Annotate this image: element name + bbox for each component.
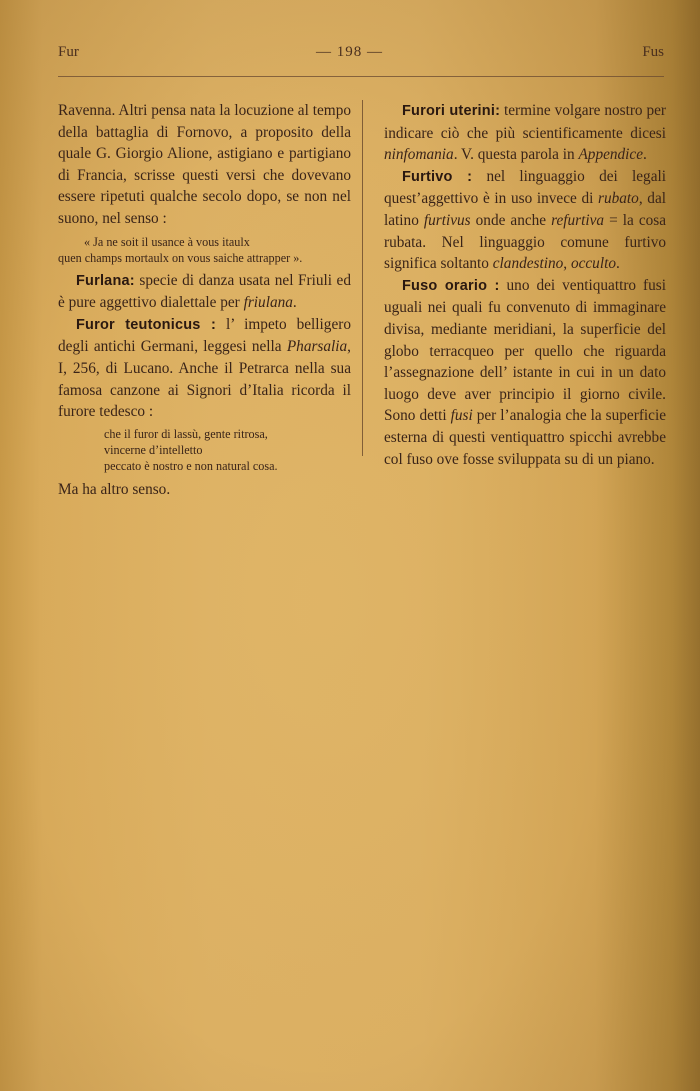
entry-italic: fusi xyxy=(451,407,473,424)
entry-fuso-orario: Fuso orario : uno dei ventiquattro fusi … xyxy=(384,275,666,470)
entry-italic: friulana xyxy=(244,294,293,311)
closing-line: Ma ha altro senso. xyxy=(58,479,351,501)
entry-text: . V. questa parola in xyxy=(454,146,579,163)
verse-line: peccato è nostro e non natural cosa. xyxy=(104,458,351,474)
left-column: Ravenna. Altri pensa nata la locuzione a… xyxy=(58,100,351,500)
petrarca-verse: che il furor di lassù, gente ritrosa, vi… xyxy=(58,426,351,474)
entry-text: . xyxy=(643,146,647,163)
column-divider xyxy=(362,100,363,456)
quote-line: quen champs mortaulx on vous saiche attr… xyxy=(58,250,351,266)
entry-furori-uterini: Furori uterini: termine volgare nostro p… xyxy=(384,100,666,166)
continuation-paragraph: Ravenna. Altri pensa nata la locuzione a… xyxy=(58,100,351,230)
entry-furtivo: Furtivo : nel linguaggio dei legali ques… xyxy=(384,166,666,275)
french-quote: « Ja ne soit il usance à vous itaulx que… xyxy=(58,234,351,266)
verse-line: che il furor di lassù, gente ritrosa, xyxy=(104,426,351,442)
headword: Furtivo : xyxy=(402,169,472,185)
entry-italic: furtivus xyxy=(424,212,471,229)
entry-italic: Pharsalia xyxy=(287,338,347,355)
headword: Furlana: xyxy=(76,273,135,289)
entry-italic: clandestino xyxy=(493,255,564,272)
entry-furlana: Furlana: specie di danza usata nel Friul… xyxy=(58,270,351,314)
entry-italic: occulto xyxy=(571,255,616,272)
quote-line: « Ja ne soit il usance à vous itaulx xyxy=(58,234,351,250)
left-guide-word: Fur xyxy=(58,44,79,61)
entry-italic: refurtiva xyxy=(551,212,604,229)
verse-line: vincerne d’intelletto xyxy=(104,442,351,458)
right-column: Furori uterini: termine volgare nostro p… xyxy=(384,100,666,470)
headword: Furori uterini: xyxy=(402,103,500,119)
entry-furor-teutonicus: Furor teutonicus : l’ impeto belligero d… xyxy=(58,314,351,423)
running-header: Fur — 198 — Fus xyxy=(58,44,666,68)
entry-text: onde anche xyxy=(471,212,551,229)
entry-tail: . xyxy=(293,294,297,311)
headword: Fuso orario : xyxy=(402,278,500,294)
page-number: — 198 — xyxy=(316,44,383,61)
entry-text: . xyxy=(616,255,620,272)
entry-text: , xyxy=(563,255,571,272)
entry-text: uno dei ventiquattro fusi uguali nei qua… xyxy=(384,277,666,425)
entry-italic: Appendice xyxy=(578,146,643,163)
entry-italic: rubato xyxy=(598,190,639,207)
headword: Furor teutonicus : xyxy=(76,317,216,333)
header-rule xyxy=(58,76,664,77)
right-guide-word: Fus xyxy=(642,44,664,61)
entry-italic: ninfomania xyxy=(384,146,454,163)
